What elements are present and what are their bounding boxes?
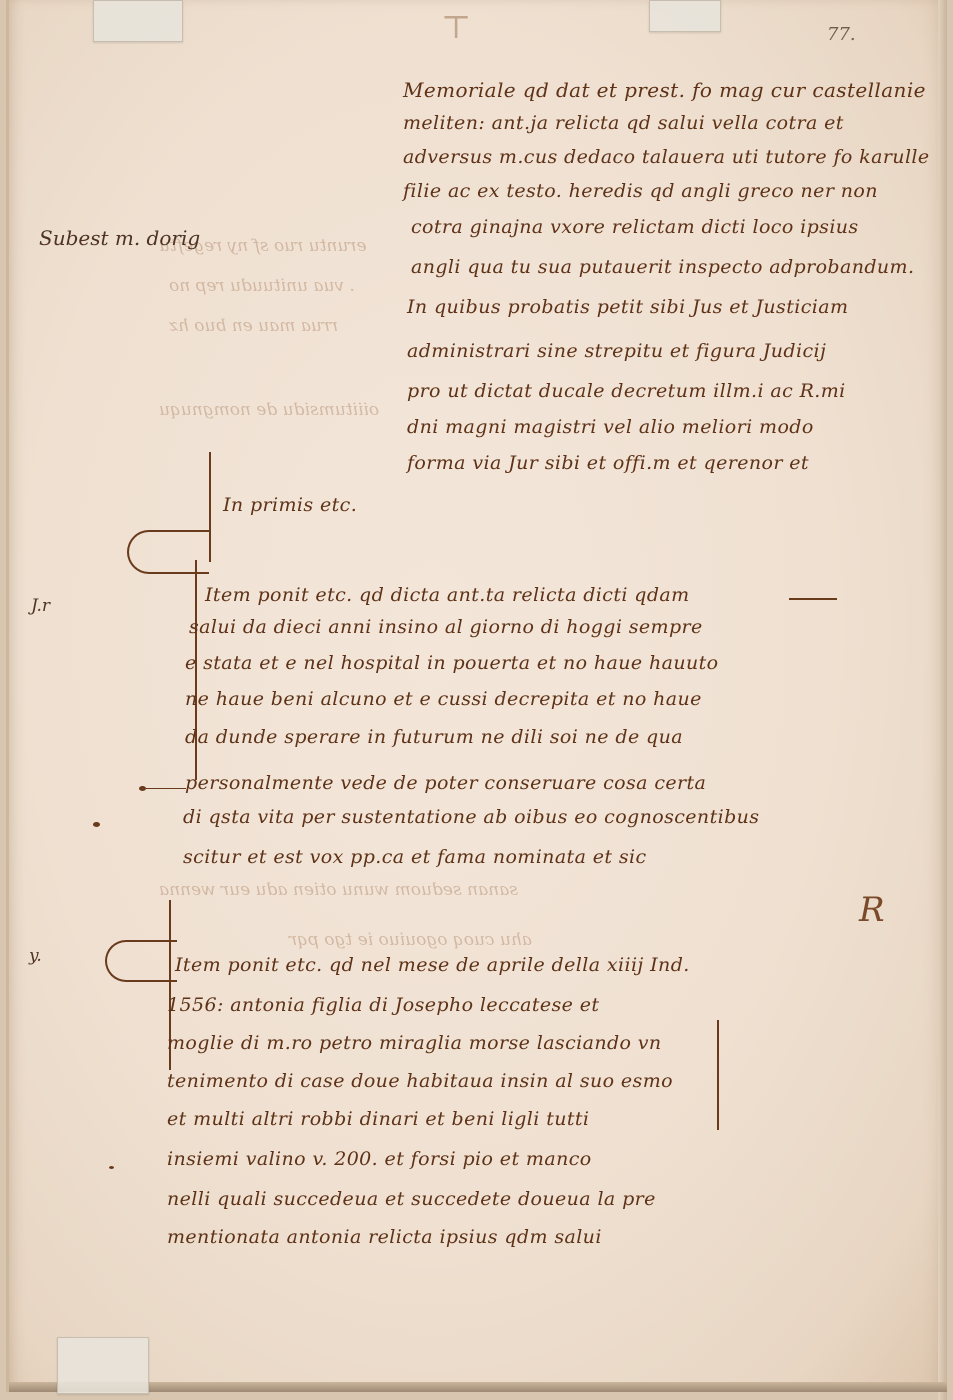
folio-number: 77. <box>827 24 856 45</box>
bleed-through-text: ahu cuoq ogouiuo ie tgo pqr <box>289 930 532 950</box>
text-line: e stata et e nel hospital in pouerta et … <box>185 652 719 674</box>
conservation-tape-top-right <box>649 0 721 32</box>
bleed-through-text: rrua mau en buo hz <box>169 316 338 336</box>
text-line: insiemi valino v. 200. et forsi pio et m… <box>167 1148 592 1170</box>
manuscript-page: ⊤ 77. eruntu ruo sf ny regeftu . vua uni… <box>6 0 947 1392</box>
page-edge-bottom <box>9 1382 947 1392</box>
conservation-tape-bottom-left <box>57 1337 149 1394</box>
text-line: meliten: ant.ja relicta qd salui vella c… <box>403 112 844 134</box>
text-line: Memoriale qd dat et prest. fo mag cur ca… <box>403 78 926 102</box>
paragraph-flourish <box>105 940 177 982</box>
text-line: ne haue beni alcuno et e cussi decrepita… <box>185 688 702 710</box>
text-line: adversus m.cus dedaco talauera uti tutor… <box>403 146 930 168</box>
margin-dot <box>109 1166 114 1169</box>
initial-stroke <box>209 452 211 562</box>
margin-note-y: y. <box>29 946 42 966</box>
margin-sign-r: R <box>859 890 885 930</box>
text-line: forma via Jur sibi et offi.m et qerenor … <box>407 452 809 474</box>
text-line: moglie di m.ro petro miraglia morse lasc… <box>167 1032 662 1054</box>
text-line: pro ut dictat ducale decretum illm.i ac … <box>407 380 846 402</box>
text-line: tenimento di case doue habitaua insin al… <box>167 1070 673 1092</box>
conservation-tape-top-left <box>93 0 183 42</box>
text-line: In primis etc. <box>223 494 357 516</box>
text-line: filie ac ex testo. heredis qd angli grec… <box>403 180 878 202</box>
text-line: salui da dieci anni insino al giorno di … <box>189 616 703 638</box>
top-mark: ⊤ <box>441 8 471 46</box>
text-line: da dunde sperare in futurum ne dili soi … <box>185 726 683 748</box>
text-line: cotra ginajna vxore relictam dicti loco … <box>411 216 859 238</box>
margin-note-jr: J.r <box>31 596 50 616</box>
text-line: dni magni magistri vel alio meliori modo <box>407 416 814 438</box>
text-line: Item ponit etc. qd nel mese de aprile de… <box>175 954 690 976</box>
bleed-through-text: sanan seduom wunu otien adu eur wenna <box>159 880 518 900</box>
text-line: administrari sine strepitu et figura Jud… <box>407 340 826 362</box>
text-line: mentionata antonia relicta ipsius qdm sa… <box>167 1226 602 1248</box>
text-line: Item ponit etc. qd dicta ant.ta relicta … <box>205 584 690 606</box>
text-line: angli qua tu sua putauerit inspecto adpr… <box>411 256 914 278</box>
text-line: et multi altri robbi dinari et beni ligl… <box>167 1108 589 1130</box>
line-filler <box>789 598 837 600</box>
text-line: In quibus probatis petit sibi Jus et Jus… <box>407 296 848 318</box>
margin-note-subest: Subest m. dorig <box>39 226 200 250</box>
cancel-stroke <box>717 1020 719 1130</box>
text-line: personalmente vede de poter conseruare c… <box>185 772 706 794</box>
text-line: scitur et est vox pp.ca et fama nominata… <box>183 846 647 868</box>
margin-pointer <box>146 788 186 789</box>
text-line: nelli quali succedeua et succedete doueu… <box>167 1188 656 1210</box>
text-line: di qsta vita per sustentatione ab oibus … <box>183 806 759 828</box>
bleed-through-text: . vua unituudu rep no <box>169 276 355 296</box>
margin-dot <box>93 822 100 827</box>
margin-dot <box>139 786 146 791</box>
bleed-through-text: oiiitumsidu de nomgnuqu <box>159 400 379 420</box>
text-line: 1556: antonia figlia di Josepho leccates… <box>167 994 599 1016</box>
page-edge-right <box>938 0 947 1400</box>
